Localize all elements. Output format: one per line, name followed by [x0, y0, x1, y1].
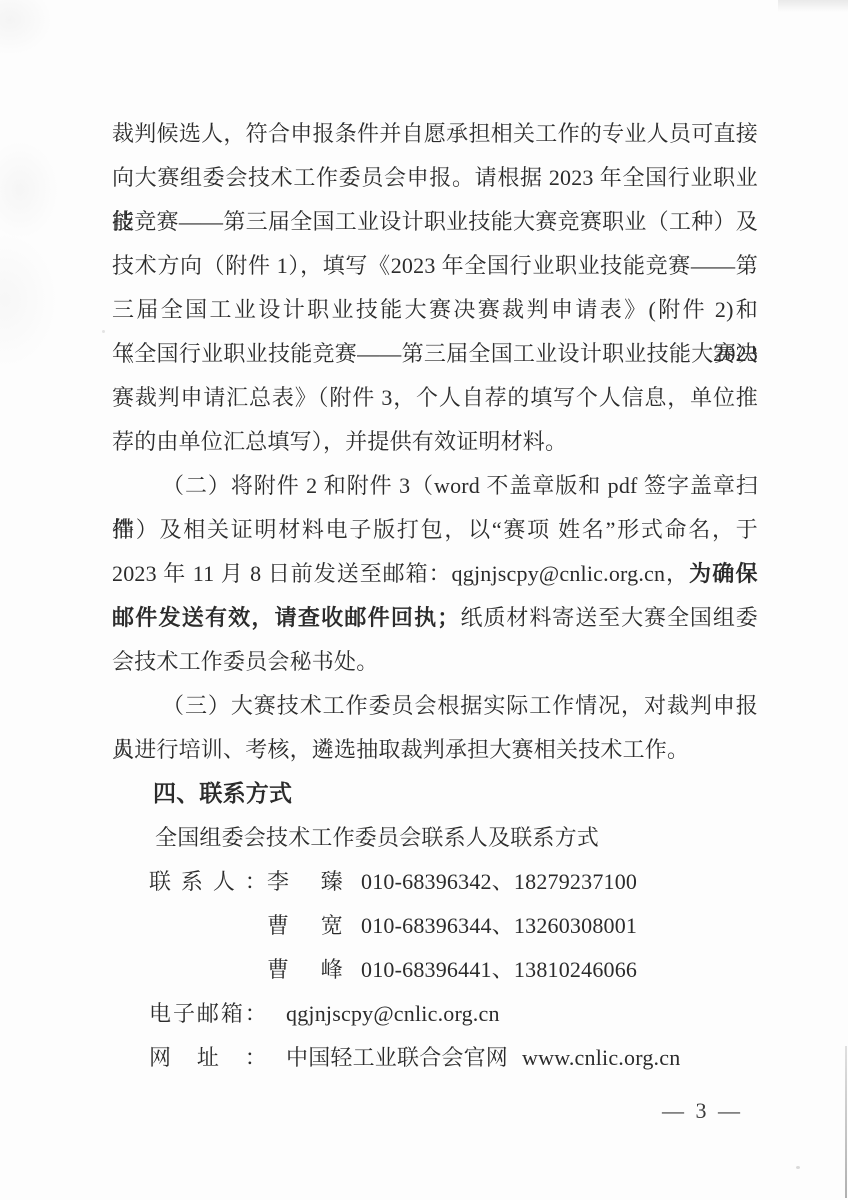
paragraph-line: 年全国行业职业技能竞赛——第三届全国工业设计职业技能大赛决	[112, 332, 758, 376]
paragraph-line: 三届全国工业设计职业技能大赛决赛裁判申请表》(附件 2)和《2023	[112, 288, 758, 332]
contact-phone: 010-68396342、18279237100	[361, 869, 637, 894]
email-mention: 2023 年 11 月 8 日前发送至邮箱：qgjnjscpy@cnlic.or…	[112, 561, 689, 586]
paragraph-line: 技术方向（附件 1），填写《2023 年全国行业职业技能竞赛——第	[112, 244, 758, 288]
paragraph-line: 邮件发送有效，请查收邮件回执；纸质材料寄送至大赛全国组委	[112, 596, 758, 640]
contacts-intro-line: 全国组委会技术工作委员会联系人及联系方式	[112, 816, 758, 860]
scan-edge-artifact	[845, 1046, 847, 1198]
contact-row: 联系人：李 臻010-68396342、18279237100	[112, 860, 758, 904]
contact-row: 网址：中国轻工业联合会官网www.cnlic.org.cn	[112, 1036, 758, 1080]
scan-speck	[102, 330, 105, 333]
paragraph-line: 能竞赛——第三届全国工业设计职业技能大赛竞赛职业（工种）及	[112, 200, 758, 244]
paragraph-line: 荐的由单位汇总填写），并提供有效证明材料。	[112, 420, 758, 464]
contact-phone: 010-68396441、13810246066	[361, 957, 637, 982]
section-heading: 四、联系方式	[112, 772, 758, 816]
page-number: — 3 —	[662, 1097, 743, 1125]
paragraph-line: 向大赛组委会技术工作委员会申报。请根据 2023 年全国行业职业技	[112, 156, 758, 200]
contact-phone: 010-68396344、13260308001	[361, 913, 637, 938]
email-address: qgjnjscpy@cnlic.org.cn	[286, 1001, 500, 1026]
emphasis-text: 为确保	[689, 562, 758, 587]
paragraph-text: 纸质材料寄送至大赛全国组委	[460, 605, 758, 630]
contact-name: 曹 峰	[267, 948, 343, 992]
email-label: 电子邮箱：	[149, 992, 267, 1036]
contact-name: 李 臻	[267, 860, 343, 904]
website-url: www.cnlic.org.cn	[522, 1045, 680, 1070]
contact-row: 电子邮箱：qgjnjscpy@cnlic.org.cn	[112, 992, 758, 1036]
scanned-document: { "colors": { "background": "#fdfdfd", "…	[0, 0, 848, 1200]
scan-smudge-top-left	[0, 0, 125, 390]
document-page: 裁判候选人，符合申报条件并自愿承担相关工作的专业人员可直接 向大赛组委会技术工作…	[0, 0, 848, 1200]
paragraph-line: 件）及相关证明材料电子版打包，以“赛项 姓名”形式命名，于	[112, 508, 758, 552]
text-column: 裁判候选人，符合申报条件并自愿承担相关工作的专业人员可直接 向大赛组委会技术工作…	[112, 112, 758, 1080]
scan-smudge-top-right	[778, 0, 848, 12]
emphasis-text: 邮件发送有效，请查收邮件回执；	[112, 606, 460, 631]
contact-name: 曹 宽	[267, 904, 343, 948]
website-label: 网址：	[149, 1036, 267, 1080]
paragraph-line: 员进行培训、考核，遴选抽取裁判承担大赛相关技术工作。	[112, 728, 758, 772]
paragraph-line: （三）大赛技术工作委员会根据实际工作情况，对裁判申报人	[112, 684, 758, 728]
paragraph-line: 赛裁判申请汇总表》（附件 3，个人自荐的填写个人信息，单位推	[112, 376, 758, 420]
paragraph-line: （二）将附件 2 和附件 3（word 不盖章版和 pdf 签字盖章扫描	[112, 464, 758, 508]
contact-row: 曹 峰010-68396441、13810246066	[112, 948, 758, 992]
paragraph-line: 会技术工作委员会秘书处。	[112, 640, 758, 684]
paragraph-line: 2023 年 11 月 8 日前发送至邮箱：qgjnjscpy@cnlic.or…	[112, 552, 758, 596]
paragraph-line: 裁判候选人，符合申报条件并自愿承担相关工作的专业人员可直接	[112, 112, 758, 156]
website-org-name: 中国轻工业联合会官网	[286, 1045, 508, 1070]
scan-speck	[796, 1166, 800, 1169]
contact-row: 曹 宽010-68396344、13260308001	[112, 904, 758, 948]
contact-label: 联系人：	[149, 860, 267, 904]
